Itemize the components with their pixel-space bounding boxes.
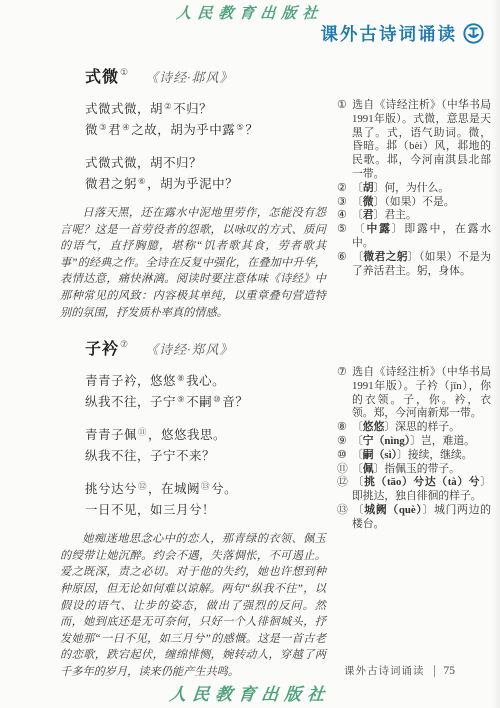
poem-stanza: 青青子衿，悠悠⑧我心。纵我不往，子宁⑨不嗣⑩音？ <box>85 371 326 413</box>
poem-source: 《诗经·邶风》 <box>145 70 233 85</box>
footnote-ref: ④ <box>121 122 131 132</box>
annotation-number: ⑬ <box>337 504 352 518</box>
annotation-text: 〔微〕（如果）不是。 <box>352 196 455 208</box>
anchor-icon <box>463 23 484 44</box>
annotation-item: ⑬〔城阙（què）〕城门两边的楼台。 <box>337 504 491 532</box>
footnote-ref: ⑨ <box>176 394 186 404</box>
footnote-ref: ⑪ <box>137 427 148 437</box>
annotations-block-1: ①选自《诗经注析》（中华书局1991年版）。式微，意思是天黑了。式，语气助词。微… <box>337 99 491 278</box>
poem-stanza: 式微式微，胡不归？微君之躬⑥，胡为乎泥中？ <box>85 153 326 195</box>
annotation-text: 〔悠悠〕深思的样子。 <box>352 421 460 433</box>
annotation-item: ⑦选自《诗经注析》（中华书局1991年版）。子衿（jīn），你的衣领。子，你。衿… <box>337 366 491 421</box>
annotation-item: ②〔胡〕何，为什么。 <box>337 182 491 196</box>
annotation-text: 〔君〕君主。 <box>352 209 417 221</box>
poem-title-text: 子衿 <box>85 341 119 358</box>
poem-line: 挑兮达兮⑫，在城阙⑬兮。 <box>85 479 326 500</box>
footnote-ref: ⑤ <box>235 122 245 132</box>
annotation-text: 〔嗣（sì）〕接续，继续。 <box>352 449 473 461</box>
poem-line: 式微式微，胡②不归？ <box>85 99 326 120</box>
footnote-ref: ③ <box>98 122 108 132</box>
annotation-number: ③ <box>337 196 352 210</box>
footnote-ref: ① <box>119 67 129 77</box>
footer-divider <box>434 665 435 677</box>
footnote-ref: ⑦ <box>119 339 129 349</box>
footnote-ref: ⑩ <box>212 394 222 404</box>
poem-stanza: 式微式微，胡②不归？微③君④之故，胡为乎中露⑤？ <box>85 99 326 141</box>
annotation-text: 〔城阙（què）〕城门两边的楼台。 <box>352 504 491 530</box>
footnote-ref: ⑧ <box>176 373 186 383</box>
page-header: 课外古诗词诵读 <box>321 21 485 46</box>
poem-line: 青青子佩⑪，悠悠我思。 <box>85 425 326 446</box>
annotation-number: ⑪ <box>337 463 352 477</box>
publisher-logo-bottom: 人民教育出版社 <box>0 680 500 705</box>
annotation-number: ④ <box>337 209 352 223</box>
annotations-block-2: ⑦选自《诗经注析》（中华书局1991年版）。子衿（jīn），你的衣领。子，你。衿… <box>337 366 491 532</box>
poem-source: 《诗经·郑风》 <box>145 342 233 357</box>
annotation-item: ⑫〔挑（tāo）兮达（tà）兮〕即挑达，独自徘徊的样子。 <box>337 476 491 504</box>
poem-line: 纵我不往，子宁⑨不嗣⑩音？ <box>85 392 326 413</box>
publisher-logo-top: 人民教育出版社 <box>0 2 500 23</box>
annotation-item: ⑪〔佩〕指佩玉的带子。 <box>337 463 491 477</box>
footnote-ref: ⑫ <box>137 481 148 491</box>
annotation-text: 〔胡〕何，为什么。 <box>352 182 449 194</box>
poem-stanza: 挑兮达兮⑫，在城阙⑬兮。一日不见，如三月兮！ <box>85 479 326 521</box>
poems-column: 式微①《诗经·邶风》式微式微，胡②不归？微③君④之故，胡为乎中露⑤？式微式微，胡… <box>60 64 326 681</box>
footnote-ref: ⑬ <box>200 481 211 491</box>
poem-line: 纵我不往，子宁不来？ <box>85 446 326 467</box>
annotation-number: ⑫ <box>337 476 352 490</box>
poem-line: 一日不见，如三月兮！ <box>85 500 326 521</box>
poem-commentary: 她痴迷地思念心中的恋人，那青绿的衣领、佩玉的绶带让她沉醉。约会不遇，失落惆怅，不… <box>60 531 326 680</box>
footer-section-title: 课外古诗词诵读 <box>344 663 425 678</box>
poem-1: 式微①《诗经·邶风》式微式微，胡②不归？微③君④之故，胡为乎中露⑤？式微式微，胡… <box>60 64 326 321</box>
page-footer: 课外古诗词诵读 75 <box>344 663 455 678</box>
annotation-text: 〔微君之躬〕（如果）不是为了养活君主。躬，身体。 <box>352 251 491 277</box>
annotation-number: ⑨ <box>337 435 352 449</box>
annotation-text: 〔佩〕指佩玉的带子。 <box>352 463 460 475</box>
annotation-number: ⑤ <box>337 223 352 237</box>
section-title: 课外古诗词诵读 <box>321 21 458 46</box>
annotation-text: 选自《诗经注析》（中华书局1991年版）。式微，意思是天黑了。式，语气助词。微，… <box>352 99 491 180</box>
annotation-number: ⑦ <box>337 366 352 380</box>
poem-title: 式微①《诗经·邶风》 <box>85 64 326 87</box>
page-number: 75 <box>444 665 456 677</box>
poem-2: 子衿⑦《诗经·郑风》青青子衿，悠悠⑧我心。纵我不往，子宁⑨不嗣⑩音？青青子佩⑪，… <box>60 336 326 680</box>
annotation-item: ⑤〔中露〕即露中，在露水中。 <box>337 223 491 251</box>
poem-line: 微君之躬⑥，胡为乎泥中？ <box>85 174 326 195</box>
annotation-text: 选自《诗经注析》（中华书局1991年版）。子衿（jīn），你的衣领。子，你。衿，… <box>352 366 491 419</box>
annotation-item: ③〔微〕（如果）不是。 <box>337 196 491 210</box>
poem-title-text: 式微 <box>85 69 119 86</box>
annotation-text: 〔挑（tāo）兮达（tà）兮〕即挑达，独自徘徊的样子。 <box>352 476 491 502</box>
footnote-ref: ⑥ <box>137 176 147 186</box>
annotation-number: ⑧ <box>337 421 352 435</box>
poem-line: 微③君④之故，胡为乎中露⑤？ <box>85 120 326 141</box>
annotation-item: ⑥〔微君之躬〕（如果）不是为了养活君主。躬，身体。 <box>337 251 491 279</box>
annotation-number: ② <box>337 182 352 196</box>
annotation-item: ①选自《诗经注析》（中华书局1991年版）。式微，意思是天黑了。式，语气助词。微… <box>337 99 491 182</box>
poem-line: 式微式微，胡不归？ <box>85 153 326 174</box>
annotation-item: ⑩〔嗣（sì）〕接续，继续。 <box>337 449 491 463</box>
annotation-item: ④〔君〕君主。 <box>337 209 491 223</box>
annotation-number: ⑥ <box>337 251 352 265</box>
annotation-number: ① <box>337 99 352 113</box>
annotation-item: ⑨〔宁（nìng）〕岂，难道。 <box>337 435 491 449</box>
annotation-text: 〔宁（nìng）〕岂，难道。 <box>352 435 475 447</box>
footnote-ref: ② <box>163 101 173 111</box>
poem-line: 青青子衿，悠悠⑧我心。 <box>85 371 326 392</box>
textbook-page: 人民教育出版社 课外古诗词诵读 式微①《诗经·邶风》式微式微，胡②不归？微③君④… <box>0 0 500 708</box>
annotation-number: ⑩ <box>337 449 352 463</box>
poem-title: 子衿⑦《诗经·郑风》 <box>85 336 326 359</box>
poem-commentary: 日落天黑，还在露水中泥地里劳作，怎能没有怨言呢？这是一首劳役者的怨歌，以咏叹的方… <box>60 205 326 321</box>
poem-stanza: 青青子佩⑪，悠悠我思。纵我不往，子宁不来？ <box>85 425 326 467</box>
annotation-text: 〔中露〕即露中，在露水中。 <box>352 223 491 249</box>
annotation-item: ⑧〔悠悠〕深思的样子。 <box>337 421 491 435</box>
